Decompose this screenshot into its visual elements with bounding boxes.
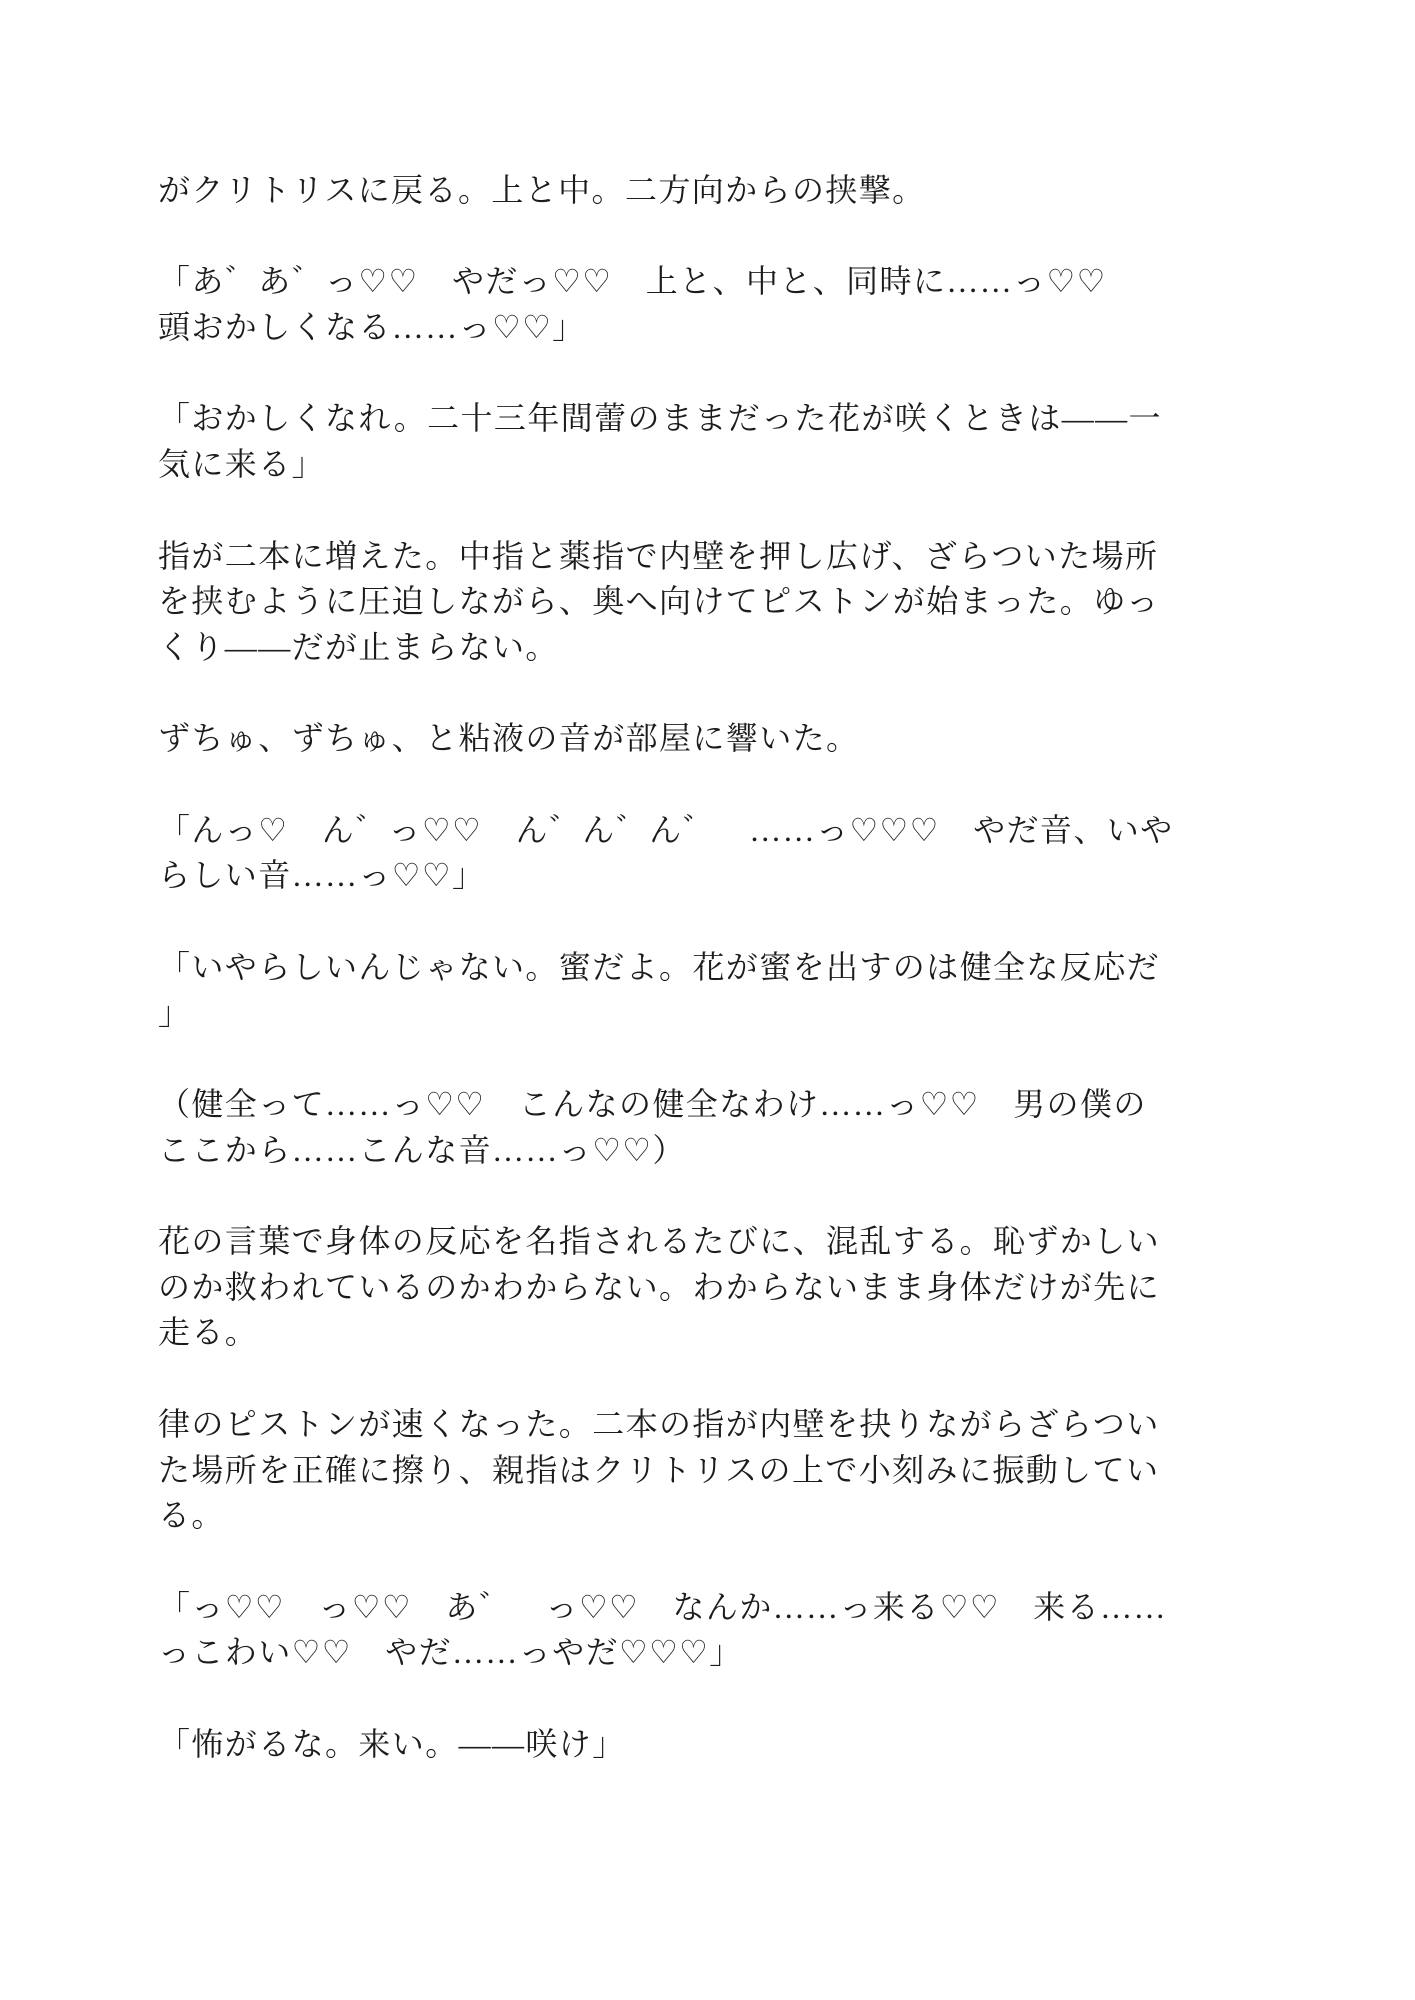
paragraph: （健全って……っ♡♡ こんなの健全なわけ……っ♡♡ 男の僕のここから……こんな音…	[158, 1082, 1268, 1173]
paragraph: 「おかしくなれ。二十三年間蕾のままだった花が咲くときは――一気に来る」	[158, 396, 1268, 487]
paragraph: 「あ゛あ゛っ♡♡ やだっ♡♡ 上と、中と、同時に……っ♡♡頭おかしくなる……っ♡…	[158, 259, 1268, 350]
paragraph: 「んっ♡ ん゛っ♡♡ ん゛ん゛ん゛ ……っ♡♡♡ やだ音、いやらしい音……っ♡♡…	[158, 808, 1268, 899]
text-line: ずちゅ、ずちゅ、と粘液の音が部屋に響いた。	[158, 716, 1268, 762]
text-line: （健全って……っ♡♡ こんなの健全なわけ……っ♡♡ 男の僕の	[158, 1082, 1268, 1128]
text-line: 指が二本に増えた。中指と薬指で内壁を押し広げ、ざらついた場所	[158, 534, 1268, 580]
text-line: た場所を正確に擦り、親指はクリトリスの上で小刻みに振動してい	[158, 1448, 1268, 1494]
text-line: のか救われているのかわからない。わからないまま身体だけが先に	[158, 1265, 1268, 1311]
text-line: 頭おかしくなる……っ♡♡」	[158, 305, 1268, 351]
text-line: 花の言葉で身体の反応を名指されるたびに、混乱する。恥ずかしい	[158, 1219, 1268, 1265]
text-line: くり――だが止まらない。	[158, 625, 1268, 671]
paragraph: 「怖がるな。来い。――咲け」	[158, 1722, 1268, 1768]
paragraph: 「っ♡♡ っ♡♡ あ゛ っ♡♡ なんか……っ来る♡♡ 来る……っこわい♡♡ やだ…	[158, 1585, 1268, 1676]
text-line: を挟むように圧迫しながら、奥へ向けてピストンが始まった。ゆっ	[158, 579, 1268, 625]
text-line: 気に来る」	[158, 442, 1268, 488]
page-text: がクリトリスに戻る。上と中。二方向からの挟撃。「あ゛あ゛っ♡♡ やだっ♡♡ 上と…	[158, 168, 1268, 1767]
paragraph: がクリトリスに戻る。上と中。二方向からの挟撃。	[158, 168, 1268, 214]
text-line: らしい音……っ♡♡」	[158, 853, 1268, 899]
paragraph: 律のピストンが速くなった。二本の指が内壁を抉りながらざらついた場所を正確に擦り、…	[158, 1402, 1268, 1539]
text-line: 「んっ♡ ん゛っ♡♡ ん゛ん゛ん゛ ……っ♡♡♡ やだ音、いや	[158, 808, 1268, 854]
paragraph: 「いやらしいんじゃない。蜜だよ。花が蜜を出すのは健全な反応だ」	[158, 945, 1268, 1036]
page: がクリトリスに戻る。上と中。二方向からの挟撃。「あ゛あ゛っ♡♡ やだっ♡♡ 上と…	[0, 0, 1415, 2000]
paragraph: 花の言葉で身体の反応を名指されるたびに、混乱する。恥ずかしいのか救われているのか…	[158, 1219, 1268, 1356]
text-line: 」	[158, 991, 1268, 1037]
paragraph: ずちゅ、ずちゅ、と粘液の音が部屋に響いた。	[158, 716, 1268, 762]
text-line: がクリトリスに戻る。上と中。二方向からの挟撃。	[158, 168, 1268, 214]
text-line: る。	[158, 1493, 1268, 1539]
paragraph: 指が二本に増えた。中指と薬指で内壁を押し広げ、ざらついた場所を挟むように圧迫しな…	[158, 534, 1268, 671]
text-line: 「っ♡♡ っ♡♡ あ゛ っ♡♡ なんか……っ来る♡♡ 来る……	[158, 1585, 1268, 1631]
text-line: 走る。	[158, 1310, 1268, 1356]
text-line: 「おかしくなれ。二十三年間蕾のままだった花が咲くときは――一	[158, 396, 1268, 442]
text-line: 律のピストンが速くなった。二本の指が内壁を抉りながらざらつい	[158, 1402, 1268, 1448]
text-line: 「怖がるな。来い。――咲け」	[158, 1722, 1268, 1768]
text-line: 「いやらしいんじゃない。蜜だよ。花が蜜を出すのは健全な反応だ	[158, 945, 1268, 991]
text-line: 「あ゛あ゛っ♡♡ やだっ♡♡ 上と、中と、同時に……っ♡♡	[158, 259, 1268, 305]
text-line: ここから……こんな音……っ♡♡）	[158, 1128, 1268, 1174]
text-line: っこわい♡♡ やだ……っやだ♡♡♡」	[158, 1630, 1268, 1676]
